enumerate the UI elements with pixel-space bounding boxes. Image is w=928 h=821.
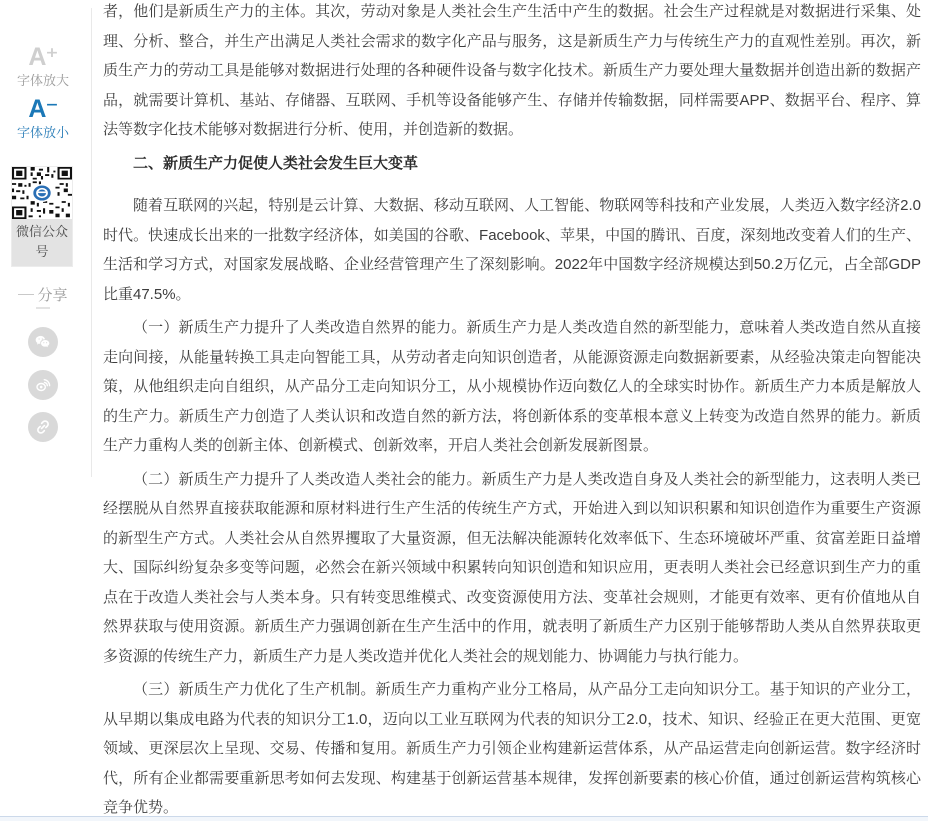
article-paragraph: 随着互联网的兴起，特别是云计算、大数据、移动互联网、人工智能、物联网等科技和产业… bbox=[103, 191, 921, 309]
weibo-icon bbox=[33, 375, 53, 395]
sidebar-content-divider bbox=[91, 8, 92, 477]
font-decrease-button[interactable]: A⁻ 字体放小 bbox=[0, 96, 86, 140]
copy-link-icon bbox=[33, 417, 53, 437]
wechat-qr-label: 微信公众号 bbox=[12, 219, 72, 266]
share-copy-link-button[interactable] bbox=[28, 412, 58, 442]
font-increase-icon: A⁺ bbox=[0, 44, 86, 70]
qr-code-image bbox=[12, 167, 72, 219]
article-body: 者，他们是新质生产力的主体。其次，劳动对象是人类社会生产生活中产生的数据。社会生… bbox=[103, 0, 921, 821]
wechat-icon bbox=[33, 332, 53, 352]
article-paragraph: 者，他们是新质生产力的主体。其次，劳动对象是人类社会生产生活中产生的数据。社会生… bbox=[103, 0, 921, 145]
article-page: A⁺ 字体放大 A⁻ 字体放小 微信公众号 分享 bbox=[0, 0, 928, 821]
font-increase-button[interactable]: A⁺ 字体放大 bbox=[0, 44, 86, 88]
share-weibo-button[interactable] bbox=[28, 370, 58, 400]
share-label: 分享 bbox=[37, 284, 67, 305]
section-heading: 二、新质生产力促使人类社会发生巨大变革 bbox=[103, 149, 921, 179]
next-section-edge bbox=[0, 816, 928, 821]
share-dash-decoration bbox=[18, 294, 34, 295]
article-paragraph: （二）新质生产力提升了人类改造人类社会的能力。新质生产力是人类改造自身及人类社会… bbox=[103, 465, 921, 672]
font-decrease-icon: A⁻ bbox=[0, 96, 86, 122]
share-wechat-button[interactable] bbox=[28, 327, 58, 357]
article-paragraph: （一）新质生产力提升了人类改造自然界的能力。新质生产力是人类改造自然的新型能力，… bbox=[103, 313, 921, 461]
article-paragraph: （三）新质生产力优化了生产机制。新质生产力重构产业分工格局，从产品分工走向知识分… bbox=[103, 675, 921, 821]
wechat-qr-panel: 微信公众号 bbox=[11, 166, 73, 267]
font-decrease-label: 字体放小 bbox=[0, 126, 86, 140]
share-divider bbox=[36, 307, 50, 309]
font-increase-label: 字体放大 bbox=[0, 74, 86, 88]
share-section-title: 分享 bbox=[0, 284, 86, 305]
utility-sidebar: A⁺ 字体放大 A⁻ 字体放小 微信公众号 分享 bbox=[0, 0, 91, 821]
